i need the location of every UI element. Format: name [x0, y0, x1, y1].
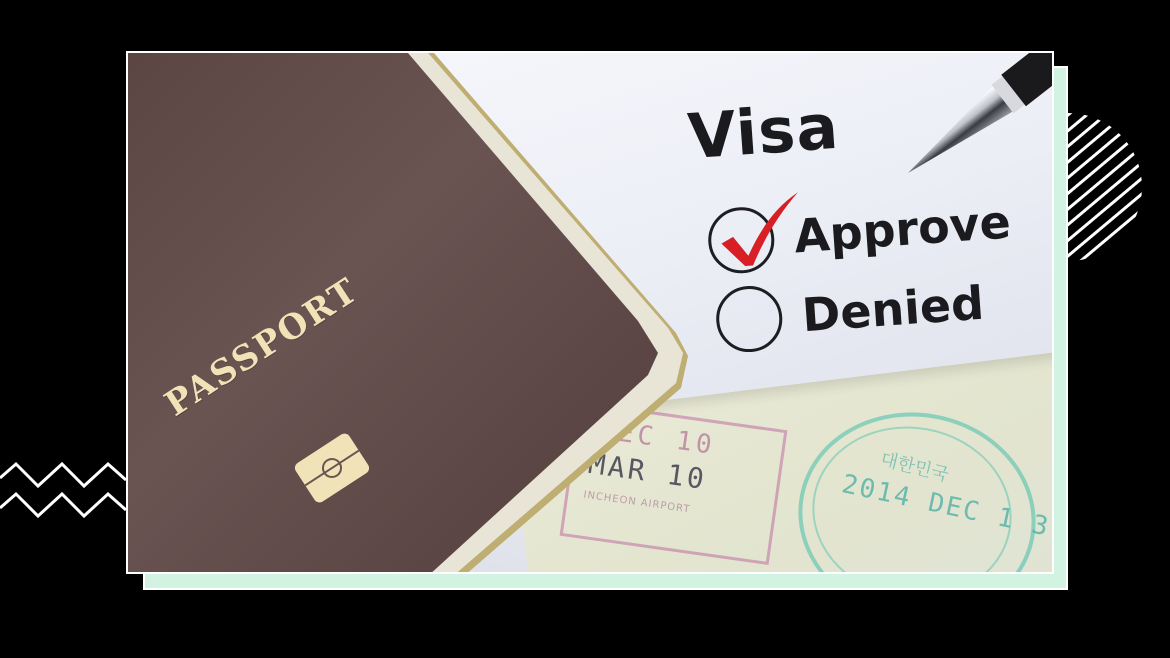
approve-checkbox — [706, 205, 776, 275]
denied-label: Denied — [800, 276, 985, 343]
hero-photo: DEC 10 MAR 10 INCHEON AIRPORT 대한민국 2014 … — [126, 51, 1054, 574]
denied-checkbox — [714, 284, 784, 354]
approve-label: Approve — [792, 194, 1012, 263]
zigzag-decoration-icon — [0, 452, 126, 524]
striped-half-circle-icon — [1068, 113, 1150, 261]
visa-form-title: Visa — [686, 90, 842, 173]
pen-icon — [888, 53, 1054, 193]
red-checkmark-icon — [714, 186, 809, 272]
